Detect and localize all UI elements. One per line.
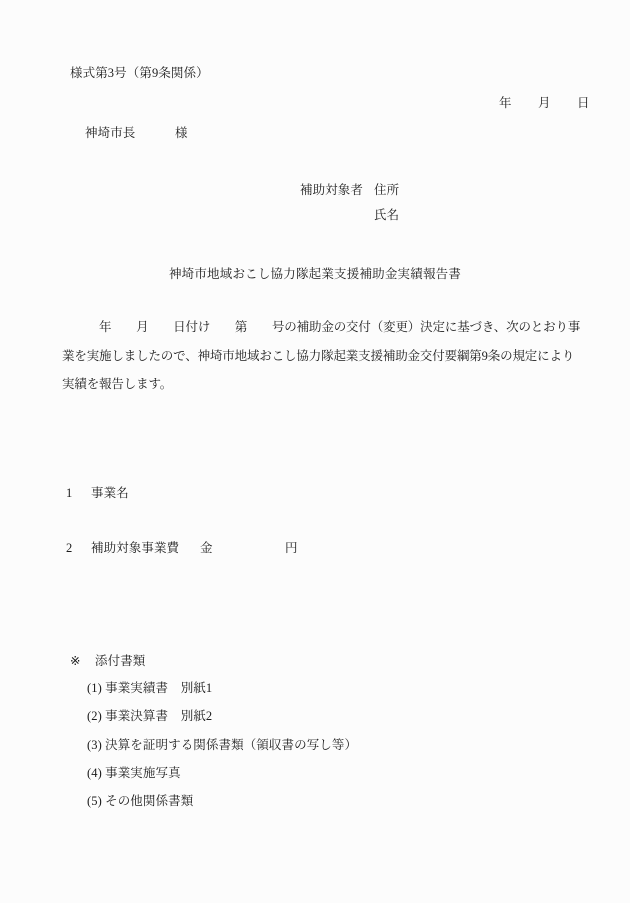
- recipient-address-label: 住所: [374, 183, 399, 198]
- attachments-heading: 添付書類: [95, 654, 145, 669]
- issue-date-month-label: 月: [538, 96, 551, 111]
- document-title: 神埼市地域おこし協力隊起業支援補助金実績報告書: [0, 264, 630, 282]
- attachment-item: (2) 事業決算書 別紙2: [87, 709, 212, 724]
- issue-date-year-label: 年: [499, 96, 512, 111]
- item-2-label: 補助対象事業費: [91, 541, 179, 556]
- attachments-note-mark: ※: [70, 654, 81, 669]
- amount-prefix: 金: [200, 541, 213, 556]
- attachment-item: (4) 事業実施写真: [87, 766, 181, 781]
- recipient-name-label: 氏名: [374, 208, 399, 223]
- addressee-name: 神埼市長: [85, 126, 135, 141]
- item-2-number: 2: [66, 541, 72, 556]
- form-number: 様式第3号（第9条関係）: [70, 66, 209, 81]
- recipient-label: 補助対象者: [300, 183, 363, 198]
- amount-unit: 円: [285, 541, 298, 556]
- addressee-honorific: 様: [175, 126, 188, 141]
- item-1-number: 1: [66, 486, 72, 501]
- body-paragraph-line: 年 月 日付け 第 号の補助金の交付（変更）決定に基づき、次のとおり事: [62, 320, 580, 335]
- body-paragraph-line: 実績を報告します。: [62, 377, 172, 392]
- item-1-label: 事業名: [91, 486, 129, 501]
- attachment-item: (1) 事業実績書 別紙1: [87, 681, 212, 696]
- issue-date-day-label: 日: [577, 96, 590, 111]
- attachment-item: (3) 決算を証明する関係書類（領収書の写し等）: [87, 738, 357, 753]
- body-paragraph-line: 業を実施しましたので、神埼市地域おこし協力隊起業支援補助金交付要綱第9条の規定に…: [62, 349, 574, 364]
- attachment-item: (5) その他関係書類: [87, 794, 193, 809]
- document-page: 様式第3号（第9条関係） 年 月 日 神埼市長 様 補助対象者 住所 氏名 神埼…: [0, 0, 630, 903]
